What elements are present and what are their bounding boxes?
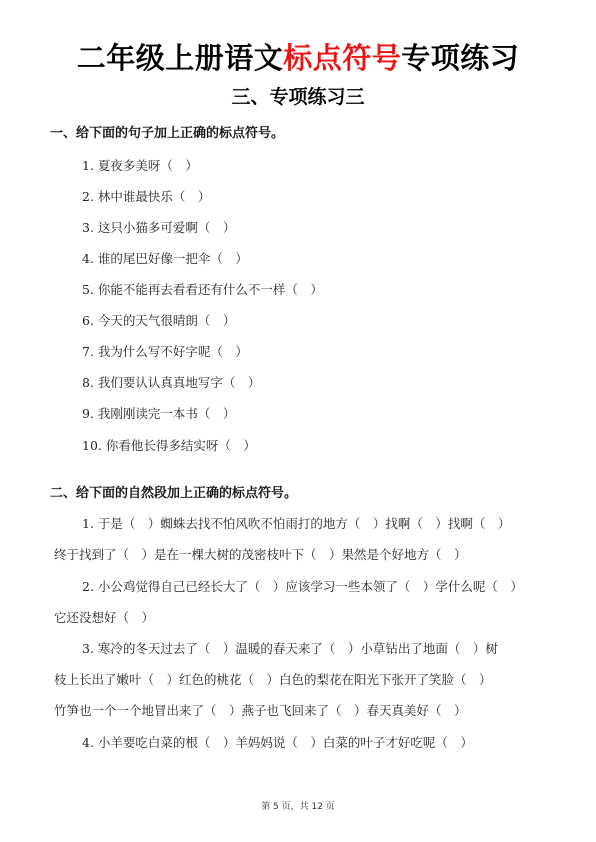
title-accent: 标点符号 [283, 41, 401, 75]
exercise-item: 8. 我们要认认真真地写字（ ） [82, 373, 260, 393]
title-suffix: 专项练习 [401, 41, 519, 75]
section-2-heading: 二、给下面的自然段加上正确的标点符号。 [50, 484, 297, 504]
exercise-item: 6. 今天的天气很晴朗（ ） [82, 311, 235, 331]
paragraph-1-line-1: 1. 于是（ ）蜘蛛去找不怕风吹不怕雨打的地方（ ）找啊（ ）找啊（ ） [82, 514, 510, 534]
paragraph-2-line-2: 它还没想好（ ） [54, 608, 154, 628]
paragraph-2-line-1: 2. 小公鸡觉得自己已经长大了（ ）应该学习一些本领了（ ）学什么呢（ ） [82, 577, 523, 597]
section-1-heading: 一、给下面的句子加上正确的标点符号。 [50, 124, 284, 144]
page-title: 二年级上册语文标点符号专项练习 [0, 38, 596, 78]
page-subtitle: 三、专项练习三 [0, 82, 596, 112]
paragraph-3-line-3: 竹笋也一个一个地冒出来了（ ）燕子也飞回来了（ ）春天真美好（ ） [54, 701, 467, 721]
page-indicator: 第 5 页，共 12 页 [0, 800, 596, 814]
exercise-item: 9. 我刚刚读完一本书（ ） [82, 404, 235, 424]
paragraph-3-line-2: 枝上长出了嫩叶（ ）红色的桃花（ ）白色的梨花在阳光下张开了笑脸（ ） [54, 670, 492, 690]
exercise-item: 5. 你能不能再去看看还有什么不一样（ ） [82, 280, 323, 300]
paragraph-3-line-1: 3. 寒冷的冬天过去了（ ）温暖的春天来了（ ）小草钻出了地面（ ）树 [82, 639, 498, 659]
exercise-item: 10. 你看他长得多结实呀（ ） [82, 436, 256, 456]
title-prefix: 二年级上册语文 [77, 41, 284, 75]
exercise-item: 3. 这只小猫多可爱啊（ ） [82, 218, 235, 238]
paragraph-4-line-1: 4. 小羊要吃白菜的根（ ）羊妈妈说（ ）白菜的叶子才好吃呢（ ） [82, 733, 473, 753]
exercise-item: 4. 谁的尾巴好像一把伞（ ） [82, 249, 248, 269]
exercise-item: 2. 林中谁最快乐（ ） [82, 187, 210, 207]
exercise-item: 1. 夏夜多美呀（ ） [82, 156, 198, 176]
paragraph-1-line-2: 终于找到了（ ）是在一棵大树的茂密枝叶下（ ）果然是个好地方（ ） [54, 545, 467, 565]
exercise-item: 7. 我为什么写不好字呢（ ） [82, 342, 248, 362]
